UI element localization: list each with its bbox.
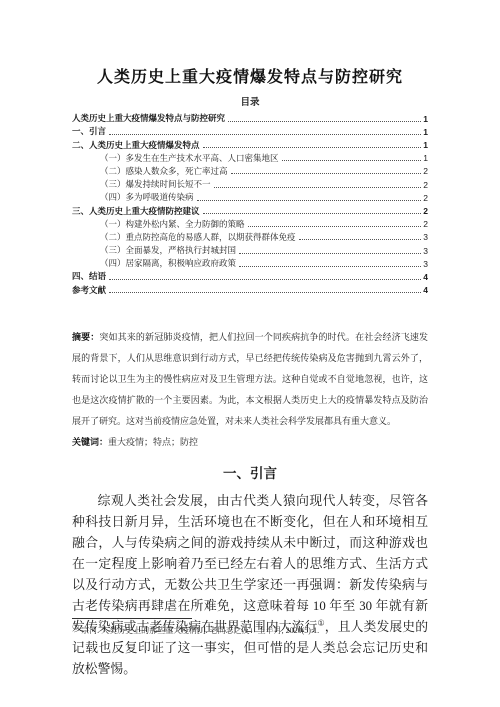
footnote-divider xyxy=(72,618,192,619)
toc-entry-label: （三）爆发持续时间长短不一 xyxy=(100,178,211,190)
toc-entry-page: 1 xyxy=(423,114,428,125)
toc-entry[interactable]: （一）构建外松内紧、全力防御的策略 2 xyxy=(72,217,428,230)
table-of-contents: 人类历史上重大疫情爆发特点与防控研究 1 一、引言 1 二、人类历史上重大疫情爆… xyxy=(72,111,428,296)
keywords-text: 重大疫情；特点；防控 xyxy=(108,437,198,447)
introduction-paragraph: 综观人类社会发展，由古代类人猿向现代人转变，尽管各种科技日新月异，生活环境也在不… xyxy=(72,491,428,680)
toc-entry[interactable]: （四）居家隔离，积极响应政府政策 3 xyxy=(72,256,428,269)
footnote-text-line: ① 宗河. 人类历史上的那些重大疫情[J]. 老同志之友：上半月, 2020(5… xyxy=(72,625,428,637)
toc-entry-label: （三）全面暴发，严格执行封城封国 xyxy=(100,244,236,256)
footnote-text: 宗河. 人类历史上的那些重大疫情[J]. 老同志之友：上半月, 2020(5):… xyxy=(81,626,319,635)
toc-entry-label: （二）重点防控高危的易感人群，以期获得群体免疫 xyxy=(100,231,296,243)
toc-entry-label: 参考文献 xyxy=(72,284,106,296)
introduction-text-before: 综观人类社会发展，由古代类人猿向现代人转变，尽管各种科技日新月异，生活环境也在不… xyxy=(72,494,428,634)
toc-entry[interactable]: 人类历史上重大疫情爆发特点与防控研究 1 xyxy=(72,111,428,124)
toc-leader-dots xyxy=(109,292,421,293)
toc-leader-dots xyxy=(231,173,422,174)
toc-entry[interactable]: 四、结语 4 xyxy=(72,269,428,282)
toc-entry-label: 人类历史上重大疫情爆发特点与防控研究 xyxy=(72,112,225,124)
toc-entry[interactable]: （二）感染人数众多，死亡率过高 2 xyxy=(72,164,428,177)
toc-entry-page: 4 xyxy=(423,272,428,283)
toc-leader-dots xyxy=(197,200,422,201)
toc-entry-label: （一）构建外松内紧、全力防御的策略 xyxy=(100,218,245,230)
toc-entry-page: 2 xyxy=(423,180,428,191)
toc-leader-dots xyxy=(109,279,421,280)
toc-entry-label: 三、人类历史上重大疫情防控建议 xyxy=(72,205,200,217)
toc-entry-page: 2 xyxy=(423,193,428,204)
toc-entry-page: 4 xyxy=(423,285,428,296)
keywords-label: 关键词： xyxy=(72,437,108,447)
toc-entry-page: 1 xyxy=(423,153,428,164)
toc-leader-dots xyxy=(228,121,421,122)
toc-entry-label: 四、结语 xyxy=(72,270,106,282)
toc-leader-dots xyxy=(239,266,421,267)
toc-entry-page: 1 xyxy=(423,127,428,138)
toc-entry[interactable]: 参考文献 4 xyxy=(72,282,428,295)
toc-entry[interactable]: （一）多发生在生产技术水平高、人口密集地区 1 xyxy=(72,151,428,164)
toc-entry-page: 3 xyxy=(423,259,428,270)
keywords-line: 关键词：重大疫情；特点；防控 xyxy=(72,432,428,453)
toc-entry[interactable]: （二）重点防控高危的易感人群，以期获得群体免疫 3 xyxy=(72,230,428,243)
toc-entry-page: 2 xyxy=(423,206,428,217)
toc-entry-page: 1 xyxy=(423,140,428,151)
toc-entry-page: 2 xyxy=(423,166,428,177)
toc-entry[interactable]: 三、人类历史上重大疫情防控建议 2 xyxy=(72,203,428,216)
document-page: 人类历史上重大疫情爆发特点与防控研究 目录 人类历史上重大疫情爆发特点与防控研究… xyxy=(0,0,500,707)
toc-leader-dots xyxy=(109,134,421,135)
toc-entry-page: 3 xyxy=(423,246,428,257)
abstract-label: 摘要： xyxy=(72,332,99,342)
toc-leader-dots xyxy=(282,160,422,161)
document-title: 人类历史上重大疫情爆发特点与防控研究 xyxy=(72,64,428,87)
toc-entry[interactable]: 一、引言 1 xyxy=(72,124,428,137)
toc-entry[interactable]: （四）多为呼吸道传染病 2 xyxy=(72,190,428,203)
toc-entry-label: 二、人类历史上重大疫情爆发特点 xyxy=(72,139,200,151)
toc-entry-label: （二）感染人数众多，死亡率过高 xyxy=(100,165,228,177)
toc-entry-page: 3 xyxy=(423,232,428,243)
section-heading-introduction: 一、引言 xyxy=(72,462,428,482)
footnote-marker: ① xyxy=(72,622,79,631)
toc-entry-label: （四）多为呼吸道传染病 xyxy=(100,191,194,203)
toc-entry[interactable]: 二、人类历史上重大疫情爆发特点 1 xyxy=(72,137,428,150)
toc-entry-label: （一）多发生在生产技术水平高、人口密集地区 xyxy=(100,152,279,164)
toc-entry[interactable]: （三）爆发持续时间长短不一 2 xyxy=(72,177,428,190)
toc-entry-page: 2 xyxy=(423,219,428,230)
toc-leader-dots xyxy=(203,147,422,148)
toc-leader-dots xyxy=(214,187,422,188)
toc-entry[interactable]: （三）全面暴发，严格执行封城封国 3 xyxy=(72,243,428,256)
toc-entry-label: （四）居家隔离，积极响应政府政策 xyxy=(100,257,236,269)
toc-leader-dots xyxy=(239,253,421,254)
toc-leader-dots xyxy=(203,213,422,214)
toc-entry-label: 一、引言 xyxy=(72,125,106,137)
toc-leader-dots xyxy=(248,226,422,227)
footnote-area: ① 宗河. 人类历史上的那些重大疫情[J]. 老同志之友：上半月, 2020(5… xyxy=(72,618,428,637)
abstract-paragraph: 摘要：突如其来的新冠肺炎疫情，把人们拉回一个同疾病抗争的时代。在社会经济飞速发展… xyxy=(72,327,428,432)
toc-leader-dots xyxy=(299,239,422,240)
toc-heading: 目录 xyxy=(72,94,428,108)
abstract-text: 突如其来的新冠肺炎疫情，把人们拉回一个同疾病抗争的时代。在社会经济飞速发展的背景… xyxy=(72,332,428,426)
